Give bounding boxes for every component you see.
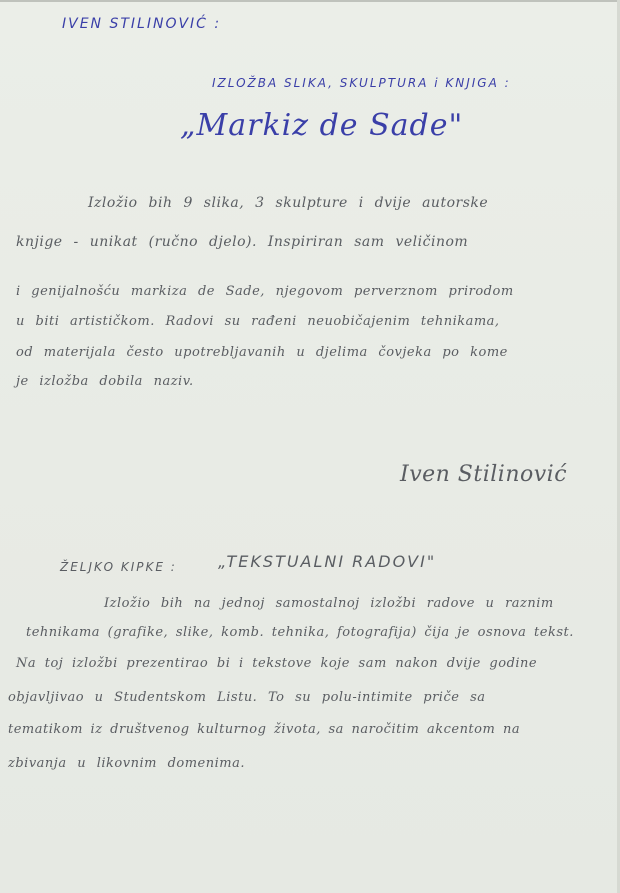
paragraph1-line: u biti artističkom. Radovi su rađeni neu… [16, 314, 500, 329]
artist-heading: IVEN STILINOVIĆ : [62, 16, 221, 32]
paragraph1-line: od materijala često upotrebljavanih u dj… [16, 345, 508, 360]
signature: Iven Stilinović [400, 462, 567, 487]
paragraph2-line: tematikom iz društvenog kulturnog života… [8, 722, 520, 737]
paragraph2-line: tehnikama (grafike, slike, komb. tehnika… [26, 625, 574, 640]
paragraph1-line: je izložba dobila naziv. [16, 374, 194, 389]
scanned-handwritten-page: IVEN STILINOVIĆ : IZLOŽBA SLIKA, SKULPTU… [0, 0, 620, 893]
section2-title: „TEKSTUALNI RADOVI" [218, 552, 436, 571]
exhibition-title: „Markiz de Sade" [180, 108, 463, 143]
paragraph2-line: zbivanja u likovnim domenima. [8, 756, 245, 771]
paragraph2-line: objavljivao u Studentskom Listu. To su p… [8, 690, 486, 705]
section2-artist-heading: ŽELJKO KIPKE : [60, 560, 177, 574]
scan-top-edge [0, 0, 620, 2]
paragraph1-line: knjige - unikat (ručno djelo). Inspirira… [16, 234, 468, 250]
paragraph2-line: Izložio bih na jednoj samostalnoj izložb… [104, 596, 554, 611]
paragraph1-line: i genijalnošću markiza de Sade, njegovom… [16, 284, 514, 299]
paragraph2-line: Na toj izložbi prezentirao bi i tekstove… [16, 656, 537, 671]
exhibition-heading: IZLOŽBA SLIKA, SKULPTURA i KNJIGA : [212, 76, 511, 90]
paragraph1-line: Izložio bih 9 slika, 3 skulpture i dvije… [88, 195, 488, 211]
